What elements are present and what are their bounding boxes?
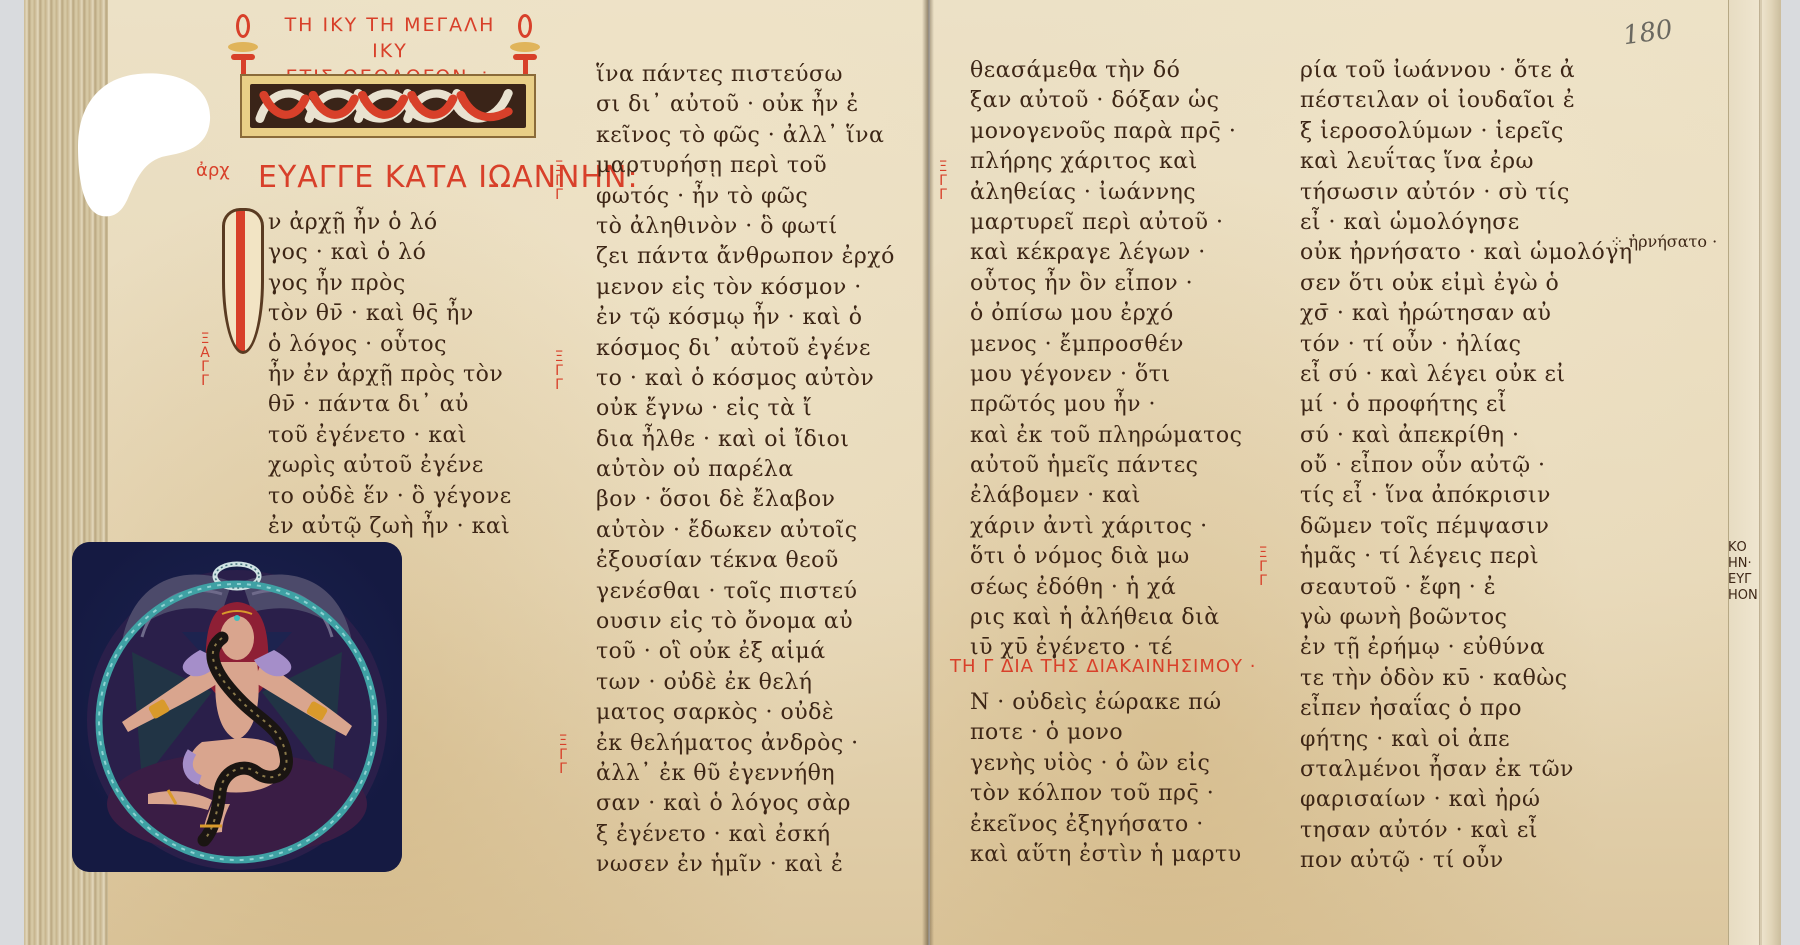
text-line: δια ἦλθε · καὶ οἱ ἴδιοι	[596, 425, 886, 455]
text-line: σταλμένοι ἦσαν ἐκ τῶν	[1300, 755, 1590, 785]
edge-note-line: ΗΝ·	[1728, 556, 1758, 572]
text-line: ἐκ θελήματος ἀνδρὸς ·	[596, 729, 886, 759]
text-line: σαν · καὶ ὁ λόγος σὰρ	[596, 789, 886, 819]
text-line: γενέσθαι · τοῖς πιστεύ	[596, 577, 886, 607]
text-line: χάριν ἀντὶ χάριτος ·	[970, 512, 1260, 542]
margin-siglum: ΞΓΓ	[936, 160, 950, 202]
text-line: μονογενοῦς παρὰ πρς̄ ·	[970, 117, 1260, 147]
margin-siglum: ΞΓΓ	[556, 734, 570, 776]
text-line: σεαυτοῦ · ἔφη · ἐ	[1300, 573, 1590, 603]
text-line: το οὐδὲ ἕν · ὃ γέγονε	[268, 482, 548, 512]
edge-note-line: ΚΟ	[1728, 540, 1758, 556]
candle-ornament-right-icon	[510, 14, 540, 72]
lection-heading: ΤΗ Γ ΔΙΑ ΤΗΣ ΔΙΑΚΑΙΝΗΣΙΜΟΥ ·	[950, 656, 1256, 677]
text-line: γενὴς υἱὸς · ὁ ὢν εἰς	[970, 749, 1260, 779]
text-line: ἐν αὐτῷ ζωὴ ἦν · καὶ	[268, 512, 548, 542]
decorated-initial-icon	[222, 208, 264, 354]
text-line: χσ̄ · καὶ ἠρώτησαν αὐ	[1300, 299, 1590, 329]
text-line: τε τὴν ὁδὸν κῡ · καθὼς	[1300, 664, 1590, 694]
knotwork-icon	[250, 84, 526, 128]
gospel-title: ΕΥΑΓΓΕ ΚΑΤΑ ΙΩΑΝΝΗΝ:	[258, 160, 639, 195]
text-line: ἐλάβομεν · καὶ	[970, 481, 1260, 511]
text-line: εἶπεν ἠσαΐας ὁ προ	[1300, 694, 1590, 724]
text-line: πρῶτός μου ἦν ·	[970, 390, 1260, 420]
text-line: σέως ἐδόθη · ἡ χά	[970, 573, 1260, 603]
text-line: φήτης · καὶ οἱ ἀπε	[1300, 725, 1590, 755]
text-line: μαρτυρεῖ περὶ αὐτοῦ ·	[970, 208, 1260, 238]
text-line: μαρτυρήσῃ περὶ τοῦ	[596, 151, 886, 181]
text-line: καὶ αὕτη ἐστὶν ἡ μαρτυ	[970, 840, 1260, 870]
text-line: τησαν αὐτόν · καὶ εἶ	[1300, 816, 1590, 846]
margin-siglum: ΞΓΓ	[552, 350, 566, 392]
edge-note-line: ΗΟΝ	[1728, 588, 1758, 604]
right-column-1: θεασάμεθα τὴν δό ξαν αὐτοῦ · δόξαν ὡς μο…	[970, 56, 1260, 664]
candle-ornament-left-icon	[228, 14, 258, 72]
text-line: μί · ὁ προφήτης εἶ	[1300, 390, 1590, 420]
text-line: ζει πάντα ἄνθρωπον ἐρχό	[596, 242, 886, 272]
text-line: ὁ λόγος · οὗτος	[268, 330, 548, 360]
text-line: δῶμεν τοῖς πέμψασιν	[1300, 512, 1590, 542]
text-line: ἐκεῖνος ἐξηγήσατο ·	[970, 810, 1260, 840]
text-line: μενος · ἔμπροσθέν	[970, 330, 1260, 360]
text-line: ρις καὶ ἡ ἀλήθεια διὰ	[970, 603, 1260, 633]
text-line: θν̄ · πάντα δι᾽ αὐ	[268, 390, 548, 420]
headpiece-line-1: ΤΗ ΙΚΥ ΤΗ ΜΕΓΑΛΗ ΙΚΥ	[270, 12, 510, 64]
text-line: το · καὶ ὁ κόσμος αὐτὸν	[596, 364, 886, 394]
text-line: μου γέγονεν · ὅτι	[970, 360, 1260, 390]
text-line: μενον εἰς τὸν κόσμον ·	[596, 273, 886, 303]
ouroboros-figure-illustration	[72, 542, 402, 872]
left-column-1: ν ἀρχῇ ἦν ὁ λό γος · καὶ ὁ λό γος ἦν πρὸ…	[268, 208, 548, 542]
text-line: καὶ λευΐτας ἵνα ἐρω	[1300, 147, 1590, 177]
edge-note: ΚΟ ΗΝ· ΕΥΓ ΗΟΝ	[1728, 540, 1758, 604]
text-line: κόσμος δι᾽ αὐτοῦ ἐγένε	[596, 334, 886, 364]
text-line: καὶ ἐκ τοῦ πληρώματος	[970, 421, 1260, 451]
text-line: γὼ φωνὴ βοῶντος	[1300, 603, 1590, 633]
text-line: ὁ ὀπίσω μου ἐρχό	[970, 299, 1260, 329]
knotwork-headpiece	[240, 74, 536, 138]
text-line: ποτε · ὁ μονο	[970, 718, 1260, 748]
text-line: ξ ἐγένετο · καὶ ἐσκή	[596, 820, 886, 850]
text-line: τοῦ · οἳ οὐκ ἐξ αἱμά	[596, 637, 886, 667]
text-line: ἦν ἐν ἀρχῇ πρὸς τὸν	[268, 360, 548, 390]
book-gutter	[922, 0, 934, 945]
text-line: ξαν αὐτοῦ · δόξαν ὡς	[970, 86, 1260, 116]
text-line: ἐξουσίαν τέκνα θεοῦ	[596, 546, 886, 576]
right-column-2: ρία τοῦ ἰωάννου · ὅτε ἀ πέστειλαν οἱ ἰου…	[1300, 56, 1590, 877]
text-line: ἀλλ᾽ ἐκ θῦ ἐγεννήθη	[596, 759, 886, 789]
text-line: σύ · καὶ ἀπεκρίθη ·	[1300, 421, 1590, 451]
text-line: σεν ὅτι οὐκ εἰμὶ ἐγὼ ὁ	[1300, 269, 1590, 299]
right-column-1-continued: Ν · οὐδεὶς ἑώρακε πώ ποτε · ὁ μονο γενὴς…	[970, 688, 1260, 870]
left-column-2: ἵνα πάντες πιστεύσω σι δι᾽ αὐτοῦ · οὐκ ἦ…	[596, 60, 886, 881]
text-line: χωρὶς αὐτοῦ ἐγένε	[268, 451, 548, 481]
text-line: φωτός · ἦν τὸ φῶς	[596, 182, 886, 212]
text-line: τήσωσιν αὐτόν · σὺ τίς	[1300, 178, 1590, 208]
text-line: ἵνα πάντες πιστεύσω	[596, 60, 886, 90]
text-line: αὐτὸν οὐ παρέλα	[596, 455, 886, 485]
text-line: ὅτι ὁ νόμος διὰ μω	[970, 542, 1260, 572]
text-line: εἶ · καὶ ὡμολόγησε	[1300, 208, 1590, 238]
text-line: οὗτος ἦν ὃν εἶπον ·	[970, 269, 1260, 299]
text-line: φαρισαίων · καὶ ἠρώ	[1300, 785, 1590, 815]
text-line: ἡμᾶς · τί λέγεις περὶ	[1300, 542, 1590, 572]
text-line: καὶ κέκραγε λέγων ·	[970, 238, 1260, 268]
text-line: εἶ σύ · καὶ λέγει οὐκ εἰ	[1300, 360, 1590, 390]
text-line: τίς εἶ · ἵνα ἀπόκρισιν	[1300, 481, 1590, 511]
blob-logo-icon[interactable]	[78, 72, 212, 218]
margin-siglum: ΞΓΓ	[552, 160, 566, 202]
page-edges-right	[1728, 0, 1781, 945]
text-line: γος ἦν πρὸς	[268, 269, 548, 299]
text-line: ἐν τῷ κόσμῳ ἦν · καὶ ὁ	[596, 303, 886, 333]
text-line: Ν · οὐδεὶς ἑώρακε πώ	[970, 688, 1260, 718]
text-line: οὐκ ἔγνω · εἰς τὰ ἴ	[596, 394, 886, 424]
text-line: πον αὐτῷ · τί οὖν	[1300, 846, 1590, 876]
text-line: ρία τοῦ ἰωάννου · ὅτε ἀ	[1300, 56, 1590, 86]
manuscript-scene: ΤΗ ΙΚΥ ΤΗ ΜΕΓΑΛΗ ΙΚΥ ΕΤΙΣ ΘΕΟΛΟΓΟΝ ⁘ ἀρχ	[0, 0, 1800, 945]
text-line: γος · καὶ ὁ λό	[268, 238, 548, 268]
text-line: των · οὐδὲ ἐκ θελή	[596, 668, 886, 698]
text-line: σι δι᾽ αὐτοῦ · οὐκ ἦν ἐ	[596, 90, 886, 120]
text-line: βον · ὅσοι δὲ ἔλαβον	[596, 485, 886, 515]
text-line: ἐν τῇ ἐρήμῳ · εὐθύνα	[1300, 633, 1590, 663]
text-line: τοῦ ἐγένετο · καὶ	[268, 421, 548, 451]
text-line: τὸ ἀληθινὸν · ὃ φωτί	[596, 212, 886, 242]
text-line: ματος σαρκὸς · οὐδὲ	[596, 698, 886, 728]
text-line: τόν · τί οὖν · ἠλίας	[1300, 330, 1590, 360]
edge-note-line: ΕΥΓ	[1728, 572, 1758, 588]
margin-siglum: ΞΑΓΓ	[198, 332, 212, 388]
text-line: θεασάμεθα τὴν δό	[970, 56, 1260, 86]
text-line: τὸν θν̄ · καὶ θς̄ ἦν	[268, 299, 548, 329]
text-line: κεῖνος τὸ φῶς · ἀλλ᾽ ἵνα	[596, 121, 886, 151]
text-line: ουσιν εἰς τὸ ὄνομα αὐ	[596, 607, 886, 637]
text-line: τὸν κόλπον τοῦ πρς̄ ·	[970, 779, 1260, 809]
text-line: ἀληθείας · ἰωάννης	[970, 178, 1260, 208]
margin-note: ⁘ ἠρνήσατο ·	[1610, 232, 1717, 251]
text-line: αὐτοῦ ἡμεῖς πάντες	[970, 451, 1260, 481]
text-line: αὐτὸν · ἔδωκεν αὐτοῖς	[596, 516, 886, 546]
text-line: πλήρης χάριτος καὶ	[970, 147, 1260, 177]
text-line: ν ἀρχῇ ἦν ὁ λό	[268, 208, 548, 238]
text-line: οὐκ ἠρνήσατο · καὶ ὡμολόγη	[1300, 238, 1590, 268]
text-line: νωσεν ἐν ἡμῖν · καὶ ἐ	[596, 850, 886, 880]
text-line: ξ ἱεροσολύμων · ἱερεῖς	[1300, 117, 1590, 147]
artwork-card[interactable]	[72, 542, 402, 872]
text-line: πέστειλαν οἱ ἰουδαῖοι ἐ	[1300, 86, 1590, 116]
text-line: οὔ · εἶπον οὖν αὐτῷ ·	[1300, 451, 1590, 481]
